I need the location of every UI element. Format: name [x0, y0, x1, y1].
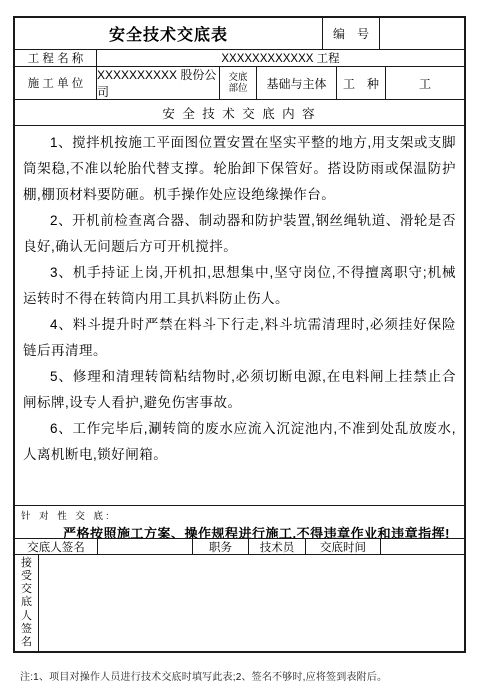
- content-section-title: 安 全 技 术 交 底 内 容: [15, 100, 464, 125]
- disclosure-part-label-line2: 部位: [228, 83, 247, 94]
- disclosure-part-label-line1: 交底: [228, 72, 247, 83]
- receiver-label-char: 受: [21, 571, 32, 582]
- doc-title: 安全技术交底表: [15, 18, 323, 49]
- content-paragraph-2: 2、开机前检查离合器、制动器和防护装置,钢丝绳轨道、滑轮是否良好,确认无问题后方…: [23, 208, 456, 260]
- content-paragraph-6: 6、工作完毕后,涮转筒的废水应流入沉淀池内,不准到处乱放废水,人离机断电,锁好闸…: [23, 416, 456, 468]
- contractor-value: XXXXXXXXXX 股份公司: [97, 67, 220, 99]
- project-name-value: XXXXXXXXXXXX 工程: [97, 50, 464, 66]
- project-name-label: 工 程 名 称: [15, 50, 97, 66]
- receiver-signature-label: 接 受 交 底 人 签 名: [15, 555, 39, 651]
- targeted-disclosure-cell: 针 对 性 交 底: 严格按照施工方案、操作规程进行施工,不得违章作业和违章指挥…: [15, 506, 464, 538]
- disclosure-time-field[interactable]: [381, 539, 464, 554]
- disclosure-part-value: 基础与主体: [257, 67, 337, 99]
- content-paragraph-5: 5、修理和清理转筒粘结物时,必须切断电源,在电料闸上挂禁止合闸标牌,设专人看护,…: [23, 364, 456, 416]
- contractor-row: 施 工 单 位 XXXXXXXXXX 股份公司 交底 部位 基础与主体 工 种 …: [15, 67, 464, 100]
- targeted-disclosure-row: 针 对 性 交 底: 严格按照施工方案、操作规程进行施工,不得违章作业和违章指挥…: [15, 506, 464, 539]
- targeted-disclosure-text: 严格按照施工方案、操作规程进行施工,不得违章作业和违章指挥!: [63, 523, 458, 538]
- footnote: 注:1、项目对操作人员进行技术交底时填写此表;2、签名不够时,应将签到表附后。: [20, 668, 460, 683]
- safety-disclosure-table: 安全技术交底表 编 号 工 程 名 称 XXXXXXXXXXXX 工程 施 工 …: [13, 16, 466, 653]
- position-value: 技术员: [249, 539, 306, 554]
- document-page: 安全技术交底表 编 号 工 程 名 称 XXXXXXXXXXXX 工程 施 工 …: [0, 0, 479, 689]
- receiver-label-char: 人: [21, 611, 32, 622]
- discloser-signature-label: 交底人签名: [15, 539, 98, 554]
- title-row: 安全技术交底表 编 号: [15, 18, 464, 50]
- trade-label: 工 种: [337, 67, 386, 99]
- receiver-label-char: 签: [21, 624, 32, 635]
- receiver-label-char: 交: [21, 584, 32, 595]
- position-label: 职务: [193, 539, 249, 554]
- receiver-signature-row: 接 受 交 底 人 签 名: [15, 555, 464, 651]
- serial-number-field[interactable]: [380, 18, 464, 49]
- serial-number-label: 编 号: [323, 18, 380, 49]
- content-header-row: 安 全 技 术 交 底 内 容: [15, 100, 464, 126]
- signoff-row: 交底人签名 职务 技术员 交底时间: [15, 539, 464, 555]
- content-paragraph-3: 3、机手持证上岗,开机扣,思想集中,坚守岗位,不得擅离职守;机械运转时不得在转筒…: [23, 260, 456, 312]
- contractor-label: 施 工 单 位: [15, 67, 97, 99]
- receiver-signature-area[interactable]: [39, 555, 464, 651]
- receiver-label-char: 底: [21, 597, 32, 608]
- disclosure-part-label: 交底 部位: [220, 67, 257, 99]
- disclosure-time-label: 交底时间: [306, 539, 381, 554]
- content-row: 1、搅拌机按施工平面图位置安置在坚实平整的地方,用支架或支脚筒架稳,不准以轮胎代…: [15, 126, 464, 506]
- content-body: 1、搅拌机按施工平面图位置安置在坚实平整的地方,用支架或支脚筒架稳,不准以轮胎代…: [15, 126, 464, 505]
- project-name-row: 工 程 名 称 XXXXXXXXXXXX 工程: [15, 50, 464, 67]
- receiver-label-char: 接: [21, 558, 32, 569]
- receiver-label-char: 名: [21, 637, 32, 648]
- trade-value: 工: [386, 67, 464, 99]
- discloser-signature-field[interactable]: [98, 539, 193, 554]
- targeted-disclosure-label: 针 对 性 交 底:: [21, 508, 458, 522]
- content-paragraph-4: 4、料斗提升时严禁在料斗下行走,料斗坑需清理时,必须挂好保险链后再清理。: [23, 312, 456, 364]
- content-paragraph-1: 1、搅拌机按施工平面图位置安置在坚实平整的地方,用支架或支脚筒架稳,不准以轮胎代…: [23, 130, 456, 208]
